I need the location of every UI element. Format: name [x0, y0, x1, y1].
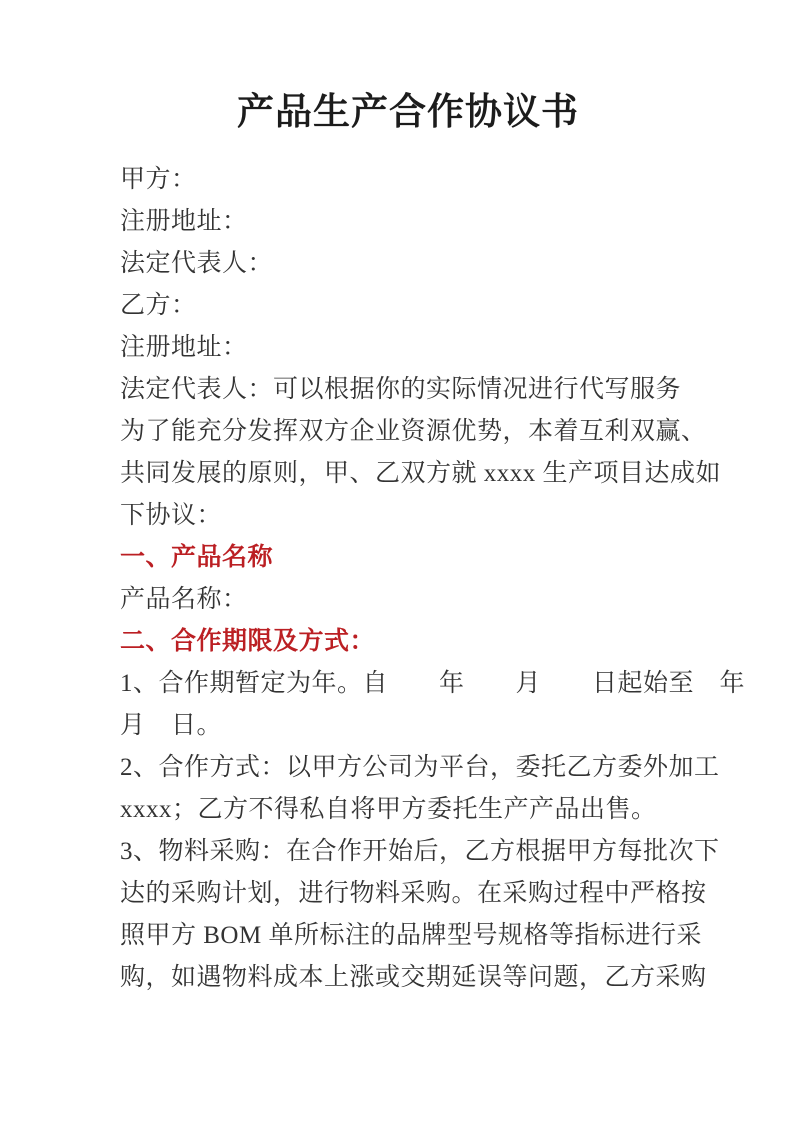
document-line: 购，如遇物料成本上涨或交期延误等问题，乙方采购 [120, 957, 706, 999]
document-line: 为了能充分发挥双方企业资源优势，本着互利双赢、 [120, 411, 706, 453]
document-line: 产品名称： [120, 579, 706, 621]
document-line: 法定代表人：可以根据你的实际情况进行代写服务 [120, 369, 706, 411]
document-line: 月 日。 [120, 705, 706, 747]
document-line: 3、物料采购：在合作开始后，乙方根据甲方每批次下 [120, 831, 706, 873]
document-line: 甲方： [120, 159, 706, 201]
document-line: 注册地址： [120, 327, 706, 369]
document-line: 下协议： [120, 495, 706, 537]
document-line: 2、合作方式：以甲方公司为平台，委托乙方委外加工 [120, 747, 706, 789]
section-heading: 一、产品名称 [120, 537, 706, 579]
document-line: 1、合作期暂定为年。自 年 月 日起始至 年 [120, 663, 706, 705]
document-line: 照甲方 BOM 单所标注的品牌型号规格等指标进行采 [120, 915, 706, 957]
document-title: 产品生产合作协议书 [120, 88, 696, 137]
section-heading: 二、合作期限及方式： [120, 621, 706, 663]
document-line: xxxx；乙方不得私自将甲方委托生产产品出售。 [120, 789, 706, 831]
document-body: 甲方：注册地址：法定代表人：乙方：注册地址：法定代表人：可以根据你的实际情况进行… [120, 159, 706, 999]
document-line: 法定代表人： [120, 243, 706, 285]
document-line: 达的采购计划，进行物料采购。在采购过程中严格按 [120, 873, 706, 915]
document-line: 注册地址： [120, 201, 706, 243]
document-line: 共同发展的原则，甲、乙双方就 xxxx 生产项目达成如 [120, 453, 706, 495]
document-line: 乙方： [120, 285, 706, 327]
document-page: 产品生产合作协议书 甲方：注册地址：法定代表人：乙方：注册地址：法定代表人：可以… [0, 0, 800, 1131]
